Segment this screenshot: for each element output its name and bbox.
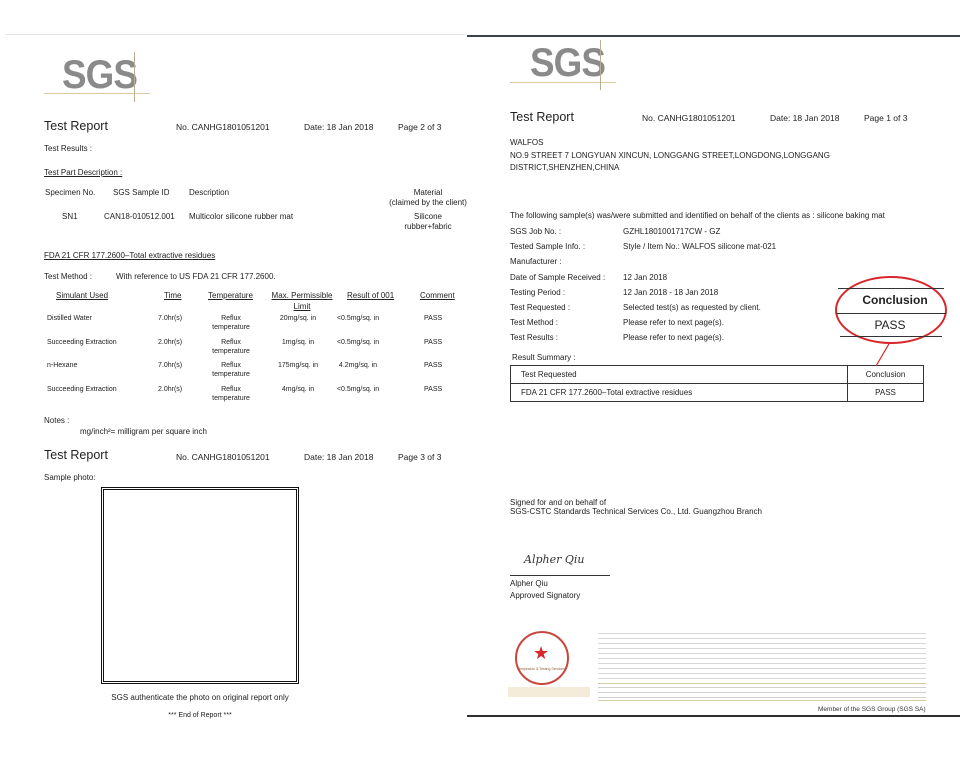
seal-caption [508,687,590,697]
page2-report-number: No. CANHG1801051201 [176,122,270,132]
specimen-no: SN1 [62,212,78,221]
info-field-value: Please refer to next page(s). [623,333,724,342]
page2-page-number: Page 2 of 3 [398,122,441,132]
page3-report-number: No. CANHG1801051201 [176,452,270,462]
info-field-label: Tested Sample Info. : [510,242,585,251]
cell-simulant: n-Hexane [47,362,77,369]
material-line2: rubber+fabric [380,222,476,231]
page1-page-number: Page 1 of 3 [864,113,907,123]
page3-title: Test Report [44,448,108,462]
callout-rule-top [838,288,944,289]
logo-rule-vertical [134,52,135,102]
logo-right-rule-vertical [600,40,601,90]
results-header-temperature: Temperature [208,291,253,300]
cell-time: 7.0hr(s) [158,362,182,369]
callout-value: PASS [845,318,935,332]
material-header-line1: Material [380,188,476,197]
test-part-description-label: Test Part Description : [44,168,122,177]
specimen-sample-id: CAN18-010512.001 [104,212,175,221]
notes-value: mg/inch²= milligram per square inch [80,427,207,436]
results-header-time: Time [164,291,181,300]
footer-address-rule [598,683,926,684]
page3-date: Date: 18 Jan 2018 [304,452,373,462]
cell-temperature: Refluxtemperature [200,362,262,378]
notes-label: Notes : [44,416,69,425]
material-line1: Silicone [380,212,476,221]
temperature-line: Reflux [200,386,262,393]
info-field-value: GZHL1801001717CW - GZ [623,227,720,236]
results-header-result: Result of 001 [347,291,394,300]
client-name: WALFOS [510,138,543,147]
result-summary-table: Test Requested Conclusion FDA 21 CFR 177… [510,365,924,402]
page2-date: Date: 18 Jan 2018 [304,122,373,132]
info-field-value: Please refer to next page(s). [623,318,724,327]
info-field-label: Manufacturer : [510,257,562,266]
cell-simulant: Distilled Water [47,315,92,322]
end-of-report: *** End of Report *** [100,712,300,719]
info-field-label: SGS Job No. : [510,227,561,236]
sgs-logo: SGS [62,55,143,95]
cell-result: <0.5mg/sq. in [328,339,388,346]
signatory-name: Alpher Qiu [510,579,548,588]
conclusion-callout [835,276,947,344]
standard-title: FDA 21 CFR 177.2600–Total extractive res… [44,251,215,260]
client-address-line1: NO.9 STREET 7 LONGYUAN XINCUN, LONGGANG … [510,151,830,160]
page2-title: Test Report [44,119,108,133]
terms-fine-print [598,632,926,680]
info-field-label: Test Requested : [510,303,570,312]
info-field-value: Selected test(s) as requested by client. [623,303,761,312]
cell-temperature: Refluxtemperature [200,339,262,355]
cell-comment: PASS [424,362,442,369]
page1-date: Date: 18 Jan 2018 [770,113,839,123]
limit-header-line2: Limit [266,302,338,311]
result-summary-label: Result Summary : [512,353,576,362]
summary-header-row: Test Requested Conclusion [511,366,924,384]
temperature-line: Reflux [200,339,262,346]
cell-limit: 4mg/sq. in [270,386,326,393]
cell-simulant: Succeeding Extraction [47,339,117,346]
sgs-group-member: Member of the SGS Group (SGS SA) [818,706,926,713]
cell-time: 2.0hr(s) [158,386,182,393]
cell-comment: PASS [424,386,442,393]
seal-star-icon: ★ [533,644,549,662]
info-field-label: Test Results : [510,333,558,342]
cell-temperature: Refluxtemperature [200,315,262,331]
summary-conclusion: PASS [848,384,924,402]
test-method-label: Test Method : [44,272,92,281]
cell-time: 7.0hr(s) [158,315,182,322]
signature: Alpher Qiu [524,553,584,566]
page-divider-bottom-right [467,715,960,717]
footer-rule [598,700,926,701]
specimen-description: Multicolor silicone rubber mat [189,212,293,221]
info-field-value: 12 Jan 2018 [623,273,667,282]
seal-text: Inspection & Testing Services [519,667,565,671]
sample-photo-frame [101,487,299,684]
submission-intro: The following sample(s) was/were submitt… [510,211,885,220]
info-field-label: Test Method : [510,318,558,327]
summary-test-name: FDA 21 CFR 177.2600–Total extractive res… [511,384,848,402]
callout-rule-middle [836,313,946,314]
info-field-value: Style / Item No.: WALFOS silicone mat-02… [623,242,776,251]
page-divider-top-right [467,35,960,37]
specimen-header-description: Description [189,188,229,197]
specimen-header-sample-id: SGS Sample ID [113,188,169,197]
cell-limit: 20mg/sq. in [270,315,326,322]
photo-caption: SGS authenticate the photo on original r… [100,693,300,702]
footer-address-fine-print [598,686,926,698]
summary-header-test: Test Requested [511,366,848,384]
signatory-title: Approved Signatory [510,591,580,600]
specimen-header-material: Material (claimed by the client) [380,188,476,207]
page-divider-top-left [5,34,465,35]
cell-limit: 1mg/sq. in [270,339,326,346]
sample-photo-label: Sample photo: [44,473,96,482]
client-address-line2: DISTRICT,SHENZHEN,CHINA [510,163,619,172]
cell-temperature: Refluxtemperature [200,386,262,402]
specimen-header-no: Specimen No. [45,188,95,197]
table-row: FDA 21 CFR 177.2600–Total extractive res… [511,384,924,402]
cell-simulant: Succeeding Extraction [47,386,117,393]
cell-comment: PASS [424,339,442,346]
signature-line [510,575,610,576]
temperature-line: temperature [200,395,262,402]
temperature-line: Reflux [200,362,262,369]
page1-title: Test Report [510,110,574,124]
signed-on-behalf-line1: Signed for and on behalf of [510,498,606,507]
page1-report-number: No. CANHG1801051201 [642,113,736,123]
temperature-line: temperature [200,324,262,331]
specimen-material: Silicone rubber+fabric [380,212,476,231]
callout-rule-bottom [840,336,942,337]
material-header-line2: (claimed by the client) [380,198,476,207]
cell-limit: 175mg/sq. in [270,362,326,369]
temperature-line: Reflux [200,315,262,322]
temperature-line: temperature [200,371,262,378]
sgs-logo-text: SGS [62,55,137,95]
info-field-value: 12 Jan 2018 - 18 Jan 2018 [623,288,718,297]
results-header-limit: Max. Permissible Limit [266,291,338,311]
test-method-value: With reference to US FDA 21 CFR 177.2600… [116,272,276,281]
cell-result: 4.2mg/sq. in [328,362,388,369]
cell-comment: PASS [424,315,442,322]
cell-time: 2.0hr(s) [158,339,182,346]
test-results-label: Test Results : [44,144,92,153]
info-field-label: Testing Period : [510,288,565,297]
limit-header-line1: Max. Permissible [266,291,338,300]
cell-result: <0.5mg/sq. in [328,386,388,393]
info-field-label: Date of Sample Received : [510,273,605,282]
page3-page-number: Page 3 of 3 [398,452,441,462]
callout-pointer-icon [870,340,894,370]
callout-heading: Conclusion [845,293,945,307]
sgs-logo-right-text: SGS [530,43,605,83]
temperature-line: temperature [200,348,262,355]
signed-on-behalf-line2: SGS-CSTC Standards Technical Services Co… [510,507,762,516]
results-header-simulant: Simulant Used [56,291,108,300]
cell-result: <0.5mg/sq. in [328,315,388,322]
results-header-comment: Comment [420,291,455,300]
